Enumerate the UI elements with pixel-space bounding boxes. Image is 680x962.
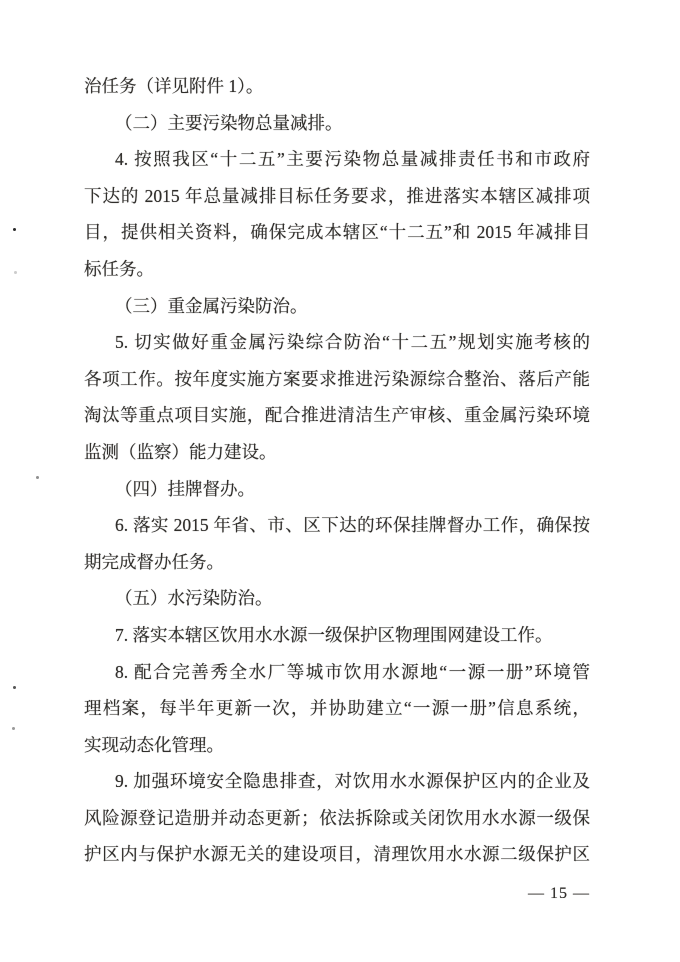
text-line: 治任务（详见附件 1）。 [84, 68, 590, 105]
scanned-document-page: { "doc": { "ink_color": "#302e2b", "back… [0, 0, 680, 962]
section-heading-line: （四）挂牌督办。 [84, 471, 590, 508]
text-line: 5. 切实做好重金属污染综合防治“十二五”规划实施考核的 [84, 324, 590, 361]
text-line: 理档案，每半年更新一次，并协助建立“一源一册”信息系统， [84, 690, 590, 727]
text-line: 护区内与保护水源无关的建设项目，清理饮用水水源二级保护区 [84, 836, 590, 873]
text-line: 监测（监察）能力建设。 [84, 434, 590, 471]
text-line: 7. 落实本辖区饮用水水源一级保护区物理围网建设工作。 [84, 617, 590, 654]
text-line: 6. 落实 2015 年省、市、区下达的环保挂牌督办工作，确保按 [84, 507, 590, 544]
section-heading-line: （三）重金属污染防治。 [84, 288, 590, 325]
scan-speck [14, 271, 17, 274]
scan-speck [36, 476, 39, 479]
text-line: 目，提供相关资料，确保完成本辖区“十二五”和 2015 年减排目 [84, 214, 590, 251]
scan-speck [13, 228, 16, 231]
document-body: 治任务（详见附件 1）。 （二）主要污染物总量减排。 4. 按照我区“十二五”主… [84, 68, 590, 873]
text-line: 实现动态化管理。 [84, 727, 590, 764]
text-line: 淘汰等重点项目实施，配合推进清洁生产审核、重金属污染环境 [84, 397, 590, 434]
text-line: 期完成督办任务。 [84, 544, 590, 581]
text-line: 下达的 2015 年总量减排目标任务要求，推进落实本辖区减排项 [84, 178, 590, 215]
section-heading-line: （五）水污染防治。 [84, 580, 590, 617]
text-line: 4. 按照我区“十二五”主要污染物总量减排责任书和市政府 [84, 141, 590, 178]
scan-speck [13, 686, 16, 689]
text-line: 9. 加强环境安全隐患排查，对饮用水水源保护区内的企业及 [84, 763, 590, 800]
text-line: 各项工作。按年度实施方案要求推进污染源综合整治、落后产能 [84, 361, 590, 398]
text-line: 风险源登记造册并动态更新；依法拆除或关闭饮用水水源一级保 [84, 800, 590, 837]
text-line: 8. 配合完善秀全水厂等城市饮用水源地“一源一册”环境管 [84, 654, 590, 691]
page-number: — 15 — [522, 884, 596, 904]
section-heading-line: （二）主要污染物总量减排。 [84, 105, 590, 142]
scan-speck [12, 727, 15, 730]
text-line: 标任务。 [84, 251, 590, 288]
